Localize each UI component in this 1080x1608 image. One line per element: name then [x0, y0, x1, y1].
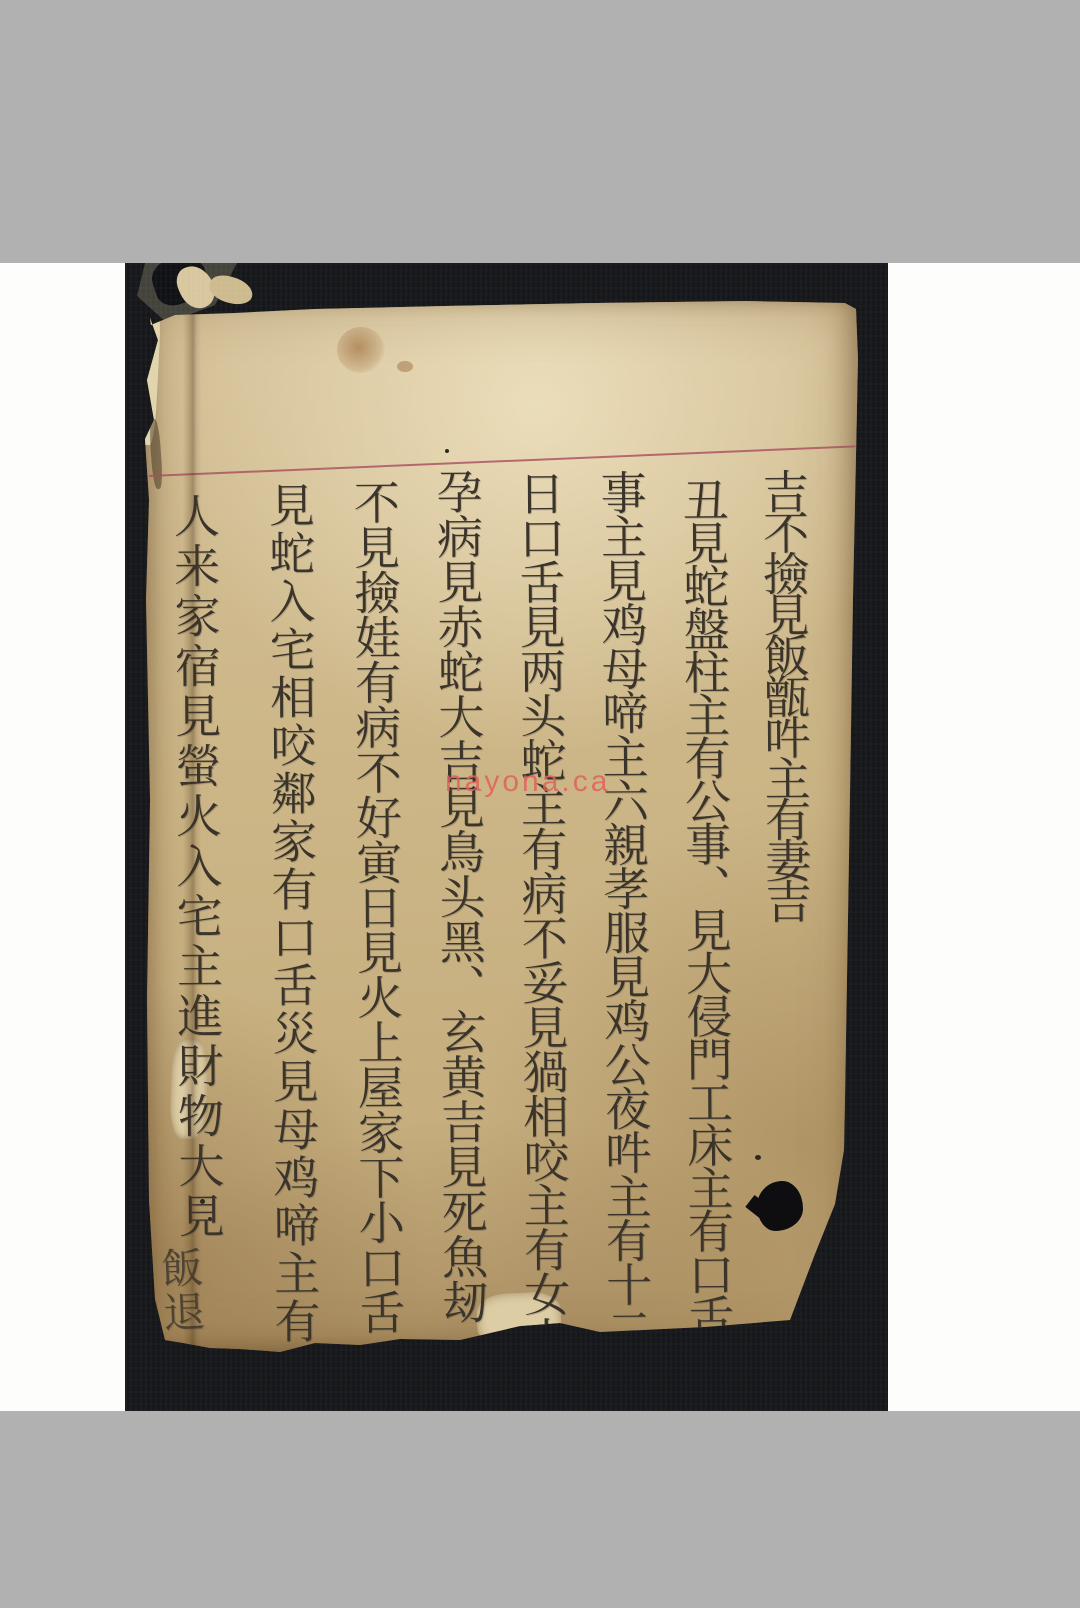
spine-edge-fragment: 飯退 — [148, 1245, 212, 1335]
text-column-4: 日口舌見两头蛇主有病不妥見猧相咬主有女人 — [506, 470, 578, 1360]
manuscript-page: 吉不撿見飯甑吽主有妻吉 丑見蛇盤柱主有公事、見大侵門工床主有口舌 事主見鸡母啼主… — [145, 299, 858, 1355]
binding-tassel — [147, 263, 213, 310]
screenshot-root: 吉不撿見飯甑吽主有妻吉 丑見蛇盤柱主有公事、見大侵門工床主有口舌 事主見鸡母啼主… — [0, 0, 1080, 1608]
binding-crease — [183, 299, 201, 1355]
text-column-3: 事主見鸡母啼主六親孝服見鸡公夜吽主有十二 — [588, 469, 660, 1349]
text-column-2: 丑見蛇盤柱主有公事、見大侵門工床主有口舌 — [670, 476, 742, 1336]
watermark: nayona.ca — [445, 765, 610, 799]
text-column-5: 孕病見赤蛇大吉見鳥头黑、玄黄吉見死魚刼 — [423, 468, 495, 1323]
paper-scrap — [207, 272, 256, 308]
paper-scrap — [172, 263, 221, 314]
photo-backdrop: 吉不撿見飯甑吽主有妻吉 丑見蛇盤柱主有公事、見大侵門工床主有口舌 事主見鸡母啼主… — [125, 263, 888, 1411]
text-column-1: 吉不撿見飯甑吽主有妻吉 — [750, 468, 819, 919]
text-column-6: 不見撿娃有病不好寅日見火上屋家下小口舌 — [341, 479, 413, 1334]
text-column-7: 見蛇入宅相咬鄰家有口舌災見母鸡啼主有 — [256, 481, 328, 1345]
